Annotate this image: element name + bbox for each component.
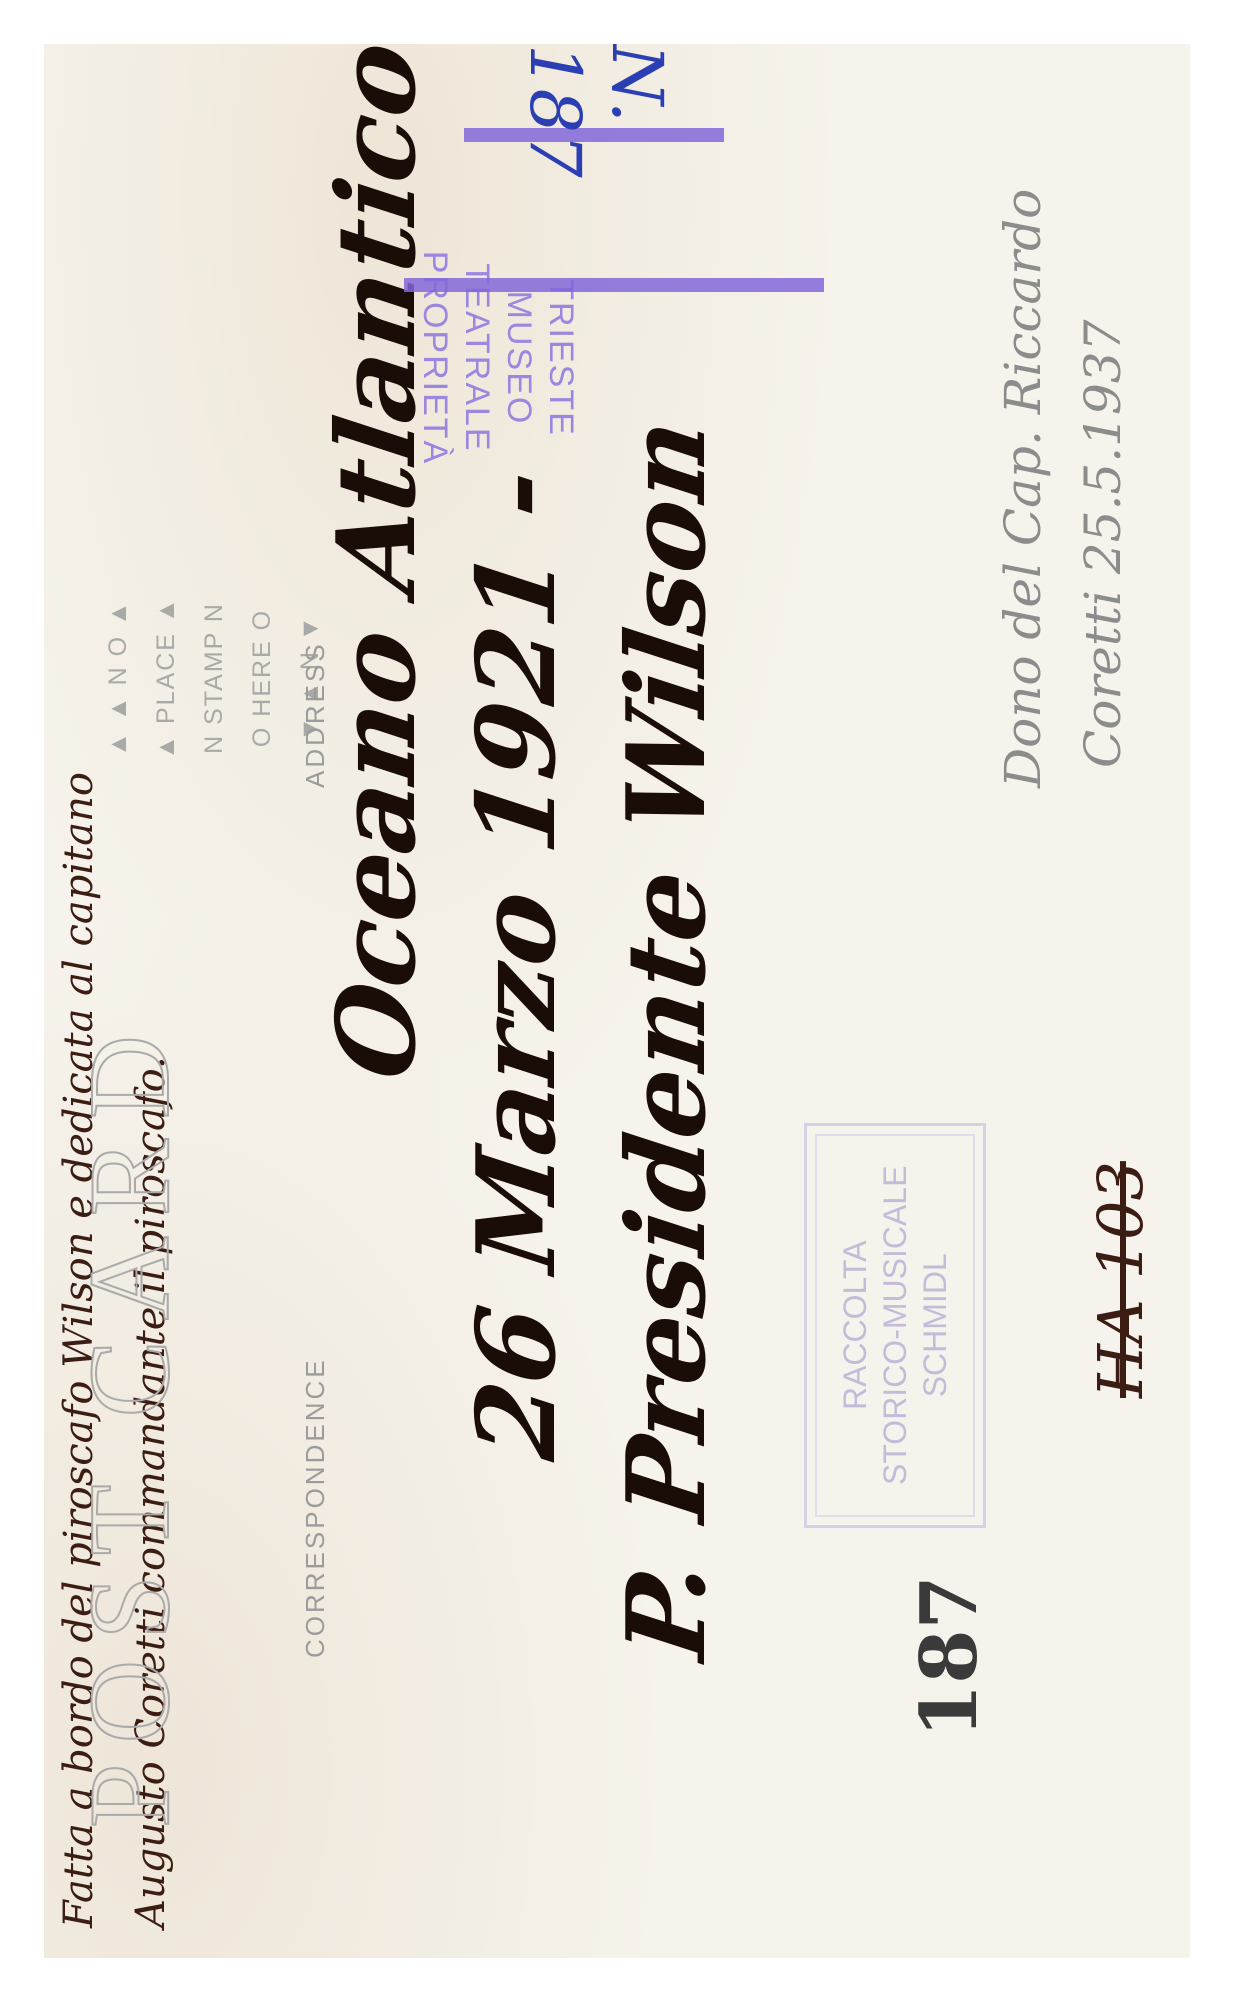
stamp-box-line: N STAMP N	[190, 528, 238, 828]
handwritten-main-line2: 26 Marzo 1921 -	[454, 449, 580, 1478]
place-stamp-box: ▲ ▲ N O ▲ ▲ PLACE ▲ N STAMP N O HERE O ▼…	[94, 528, 334, 828]
inventory-number-blue: N. 187	[514, 44, 678, 248]
handwritten-main-line3: P. Presidente Wilson	[604, 399, 730, 1679]
collection-stamp-line: RACCOLTA	[835, 1166, 875, 1485]
inventory-number-printed: 187	[904, 1575, 995, 1738]
stamp-box-line: ▲ PLACE ▲	[142, 528, 190, 828]
stamp-box-line: ▲ ▲ N O ▲	[94, 528, 142, 828]
pencil-note-line2: Coretti 25.5.1937	[1074, 320, 1132, 768]
pencil-note-line1: Dono del Cap. Riccardo	[994, 189, 1052, 788]
purple-bar	[404, 278, 824, 292]
stamp-box-line: O HERE O	[238, 528, 286, 828]
postcard-title: POST CARD	[64, 1015, 197, 1828]
collection-stamp-line: STORICO-MUSICALE	[875, 1166, 915, 1485]
museum-stamp-line: PROPRIETÀ	[414, 198, 456, 518]
crossed-number: HA 103	[1084, 1161, 1157, 1398]
collection-stamp-line: SCHMIDL	[915, 1166, 955, 1485]
correspondence-label: CORRESPONDENCE	[300, 1357, 331, 1658]
postcard-rotated-layer: Fatta a bordo del piroscafo Wilson e ded…	[44, 44, 1190, 1958]
collection-stamp: RACCOLTA STORICO-MUSICALE SCHMIDL	[804, 1123, 986, 1528]
postcard-back: Fatta a bordo del piroscafo Wilson e ded…	[44, 44, 1190, 1958]
